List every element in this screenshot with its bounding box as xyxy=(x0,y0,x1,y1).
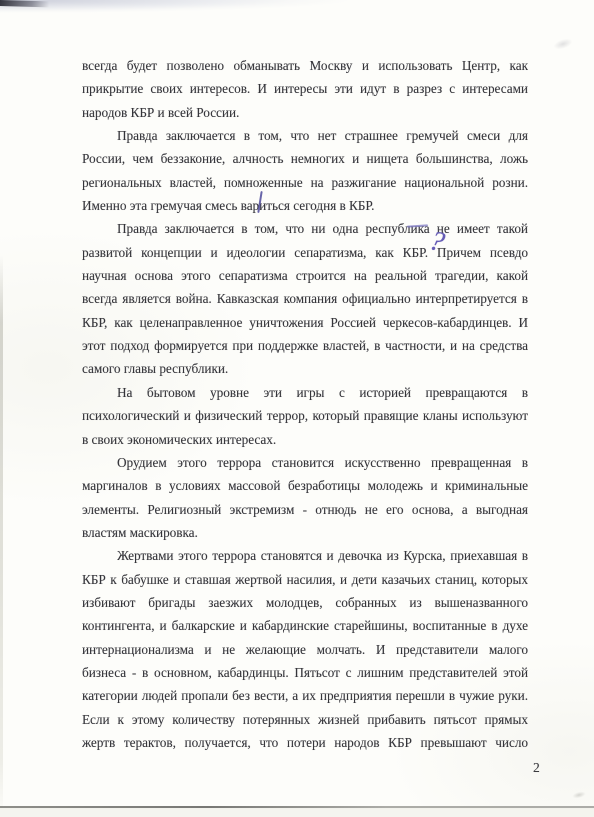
text-line: На бытовом уровне эти игры с историей пр… xyxy=(82,381,528,404)
text-line: Если к этому количеству потерянных жизне… xyxy=(82,708,528,731)
text-line: категории людей пропали без вести, а их … xyxy=(82,684,528,707)
text-line: этот подход формируется при поддержке вл… xyxy=(82,334,528,357)
text-line: бизнеса - в основном, кабардинцы. Пятьсо… xyxy=(82,661,528,684)
text-line: развитой концепции и идеологии сепаратиз… xyxy=(82,241,528,264)
text-line: интернационализма и не желающие молчать.… xyxy=(82,638,528,661)
text-line: Именно эта гремучая смесь вариться сегод… xyxy=(82,194,528,217)
text-line: народов КБР и всей России. xyxy=(82,101,528,124)
text-line: Орудием этого террора становится искусст… xyxy=(82,451,528,474)
paragraph: Правда заключается в том, что нет страшн… xyxy=(82,124,528,217)
paragraph: всегда будет позволено обманывать Москву… xyxy=(82,54,528,124)
scan-left-edge-line xyxy=(0,255,3,817)
paragraph: На бытовом уровне эти игры с историей пр… xyxy=(82,381,528,451)
text-line: психологический и физический террор, кот… xyxy=(82,404,528,427)
text-line: всегда является война. Кавказская компан… xyxy=(82,287,528,310)
text-line: прикрытие своих интересов. И интересы эт… xyxy=(82,77,528,100)
text-line: маргиналов в условиях массовой безработи… xyxy=(82,474,528,497)
text-line: элементы. Религиозный экстремизм - отнюд… xyxy=(82,498,528,521)
document-text: всегда будет позволено обманывать Москву… xyxy=(82,54,528,754)
text-line: Жертвами этого террора становятся и дево… xyxy=(82,544,528,567)
text-line: контингента, и балкарские и кабардинские… xyxy=(82,614,528,637)
text-line: КБР к бабушке и ставшая жертвой насилия,… xyxy=(82,568,528,591)
text-line: научная основа этого сепаратизма строитс… xyxy=(82,264,528,287)
paragraph: Орудием этого террора становится искусст… xyxy=(82,451,528,544)
scanned-document-page: всегда будет позволено обманывать Москву… xyxy=(0,0,594,817)
text-line: избивают бригады заезжих молодцев, собра… xyxy=(82,591,528,614)
paragraph: Жертвами этого террора становятся и дево… xyxy=(82,544,528,754)
text-line: в своих экономических интересах. xyxy=(82,428,528,451)
text-line: региональных властей, помноженные на раз… xyxy=(82,171,528,194)
text-line: самого главы республики. xyxy=(82,357,528,380)
page-number: 2 xyxy=(533,760,540,776)
text-line: властям маскировка. xyxy=(82,521,528,544)
text-line: России, чем беззаконие, алчность немноги… xyxy=(82,147,528,170)
text-line: всегда будет позволено обманывать Москву… xyxy=(82,54,528,77)
text-line: Правда заключается в том, что ни одна ре… xyxy=(82,217,528,240)
scan-below-edge-strip xyxy=(0,808,594,817)
scan-top-right-smudge xyxy=(549,34,577,53)
text-line: жертв терактов, получается, что потери н… xyxy=(82,731,528,754)
scan-top-edge-haze xyxy=(0,0,480,14)
text-line: Правда заключается в том, что нет страшн… xyxy=(82,124,528,147)
text-line: КБР, как целенаправленное уничтожения Ро… xyxy=(82,311,528,334)
paragraph: Правда заключается в том, что ни одна ре… xyxy=(82,217,528,380)
scan-bottom-right-smudge xyxy=(569,789,588,801)
